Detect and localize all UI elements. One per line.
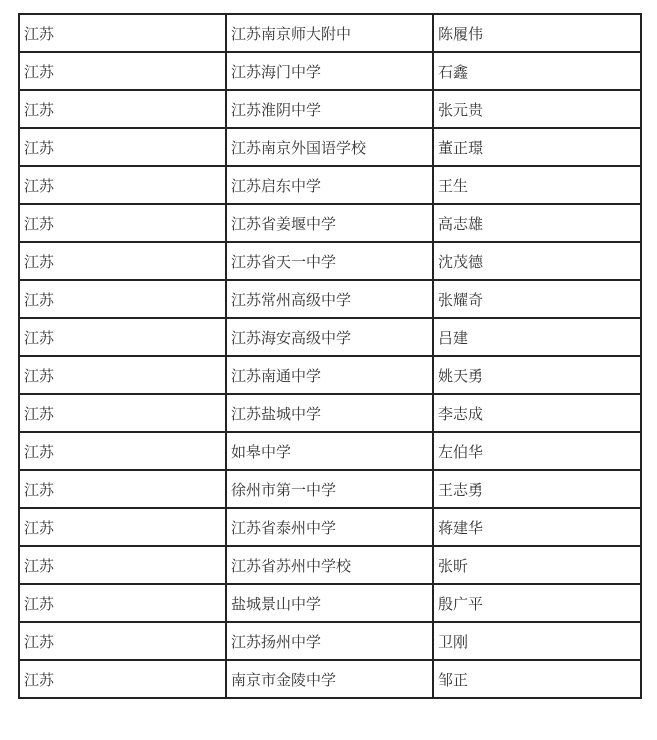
school-cell: 盐城景山中学 bbox=[226, 584, 433, 622]
name-cell: 石鑫 bbox=[433, 52, 641, 90]
table-row: 江苏 江苏省姜堰中学 高志雄 bbox=[19, 204, 641, 242]
province-cell: 江苏 bbox=[19, 356, 226, 394]
table-row: 江苏 江苏省苏州中学校 张昕 bbox=[19, 546, 641, 584]
school-cell: 江苏淮阴中学 bbox=[226, 90, 433, 128]
school-cell: 南京市金陵中学 bbox=[226, 660, 433, 698]
table-row: 江苏 盐城景山中学 殷广平 bbox=[19, 584, 641, 622]
table-row: 江苏 江苏启东中学 王生 bbox=[19, 166, 641, 204]
table-row: 江苏 如皋中学 左伯华 bbox=[19, 432, 641, 470]
school-cell: 江苏省姜堰中学 bbox=[226, 204, 433, 242]
name-cell: 蒋建华 bbox=[433, 508, 641, 546]
province-cell: 江苏 bbox=[19, 622, 226, 660]
school-cell: 如皋中学 bbox=[226, 432, 433, 470]
table-row: 江苏 江苏南通中学 姚天勇 bbox=[19, 356, 641, 394]
province-cell: 江苏 bbox=[19, 166, 226, 204]
province-cell: 江苏 bbox=[19, 318, 226, 356]
table-row: 江苏 江苏扬州中学 卫刚 bbox=[19, 622, 641, 660]
name-cell: 左伯华 bbox=[433, 432, 641, 470]
school-cell: 江苏省泰州中学 bbox=[226, 508, 433, 546]
province-cell: 江苏 bbox=[19, 204, 226, 242]
school-cell: 江苏海门中学 bbox=[226, 52, 433, 90]
name-cell: 王志勇 bbox=[433, 470, 641, 508]
province-cell: 江苏 bbox=[19, 280, 226, 318]
province-cell: 江苏 bbox=[19, 584, 226, 622]
school-cell: 江苏常州高级中学 bbox=[226, 280, 433, 318]
school-cell: 江苏启东中学 bbox=[226, 166, 433, 204]
province-cell: 江苏 bbox=[19, 508, 226, 546]
province-cell: 江苏 bbox=[19, 394, 226, 432]
table-row: 江苏 江苏海安高级中学 吕建 bbox=[19, 318, 641, 356]
name-cell: 吕建 bbox=[433, 318, 641, 356]
table-row: 江苏 江苏南京师大附中 陈履伟 bbox=[19, 14, 641, 52]
school-cell: 江苏盐城中学 bbox=[226, 394, 433, 432]
name-cell: 姚天勇 bbox=[433, 356, 641, 394]
name-cell: 沈茂德 bbox=[433, 242, 641, 280]
school-cell: 江苏扬州中学 bbox=[226, 622, 433, 660]
table-row: 江苏 江苏省泰州中学 蒋建华 bbox=[19, 508, 641, 546]
school-cell: 江苏省天一中学 bbox=[226, 242, 433, 280]
school-cell: 江苏南通中学 bbox=[226, 356, 433, 394]
table-row: 江苏 南京市金陵中学 邹正 bbox=[19, 660, 641, 698]
name-cell: 张元贵 bbox=[433, 90, 641, 128]
name-cell: 陈履伟 bbox=[433, 14, 641, 52]
table-row: 江苏 江苏南京外国语学校 董正璟 bbox=[19, 128, 641, 166]
school-cell: 江苏南京师大附中 bbox=[226, 14, 433, 52]
school-cell: 徐州市第一中学 bbox=[226, 470, 433, 508]
table-row: 江苏 江苏盐城中学 李志成 bbox=[19, 394, 641, 432]
province-cell: 江苏 bbox=[19, 52, 226, 90]
name-cell: 李志成 bbox=[433, 394, 641, 432]
school-cell: 江苏南京外国语学校 bbox=[226, 128, 433, 166]
name-cell: 张昕 bbox=[433, 546, 641, 584]
name-cell: 卫刚 bbox=[433, 622, 641, 660]
school-principal-table: 江苏 江苏南京师大附中 陈履伟 江苏 江苏海门中学 石鑫 江苏 江苏淮阴中学 张… bbox=[18, 13, 642, 699]
province-cell: 江苏 bbox=[19, 128, 226, 166]
name-cell: 高志雄 bbox=[433, 204, 641, 242]
name-cell: 殷广平 bbox=[433, 584, 641, 622]
school-cell: 江苏省苏州中学校 bbox=[226, 546, 433, 584]
province-cell: 江苏 bbox=[19, 14, 226, 52]
table-row: 江苏 江苏省天一中学 沈茂德 bbox=[19, 242, 641, 280]
table-row: 江苏 江苏常州高级中学 张耀奇 bbox=[19, 280, 641, 318]
name-cell: 张耀奇 bbox=[433, 280, 641, 318]
province-cell: 江苏 bbox=[19, 470, 226, 508]
province-cell: 江苏 bbox=[19, 90, 226, 128]
table-row: 江苏 江苏海门中学 石鑫 bbox=[19, 52, 641, 90]
table-row: 江苏 江苏淮阴中学 张元贵 bbox=[19, 90, 641, 128]
province-cell: 江苏 bbox=[19, 660, 226, 698]
name-cell: 邹正 bbox=[433, 660, 641, 698]
school-cell: 江苏海安高级中学 bbox=[226, 318, 433, 356]
table-row: 江苏 徐州市第一中学 王志勇 bbox=[19, 470, 641, 508]
province-cell: 江苏 bbox=[19, 546, 226, 584]
province-cell: 江苏 bbox=[19, 242, 226, 280]
table-body: 江苏 江苏南京师大附中 陈履伟 江苏 江苏海门中学 石鑫 江苏 江苏淮阴中学 张… bbox=[19, 14, 641, 698]
name-cell: 王生 bbox=[433, 166, 641, 204]
province-cell: 江苏 bbox=[19, 432, 226, 470]
name-cell: 董正璟 bbox=[433, 128, 641, 166]
